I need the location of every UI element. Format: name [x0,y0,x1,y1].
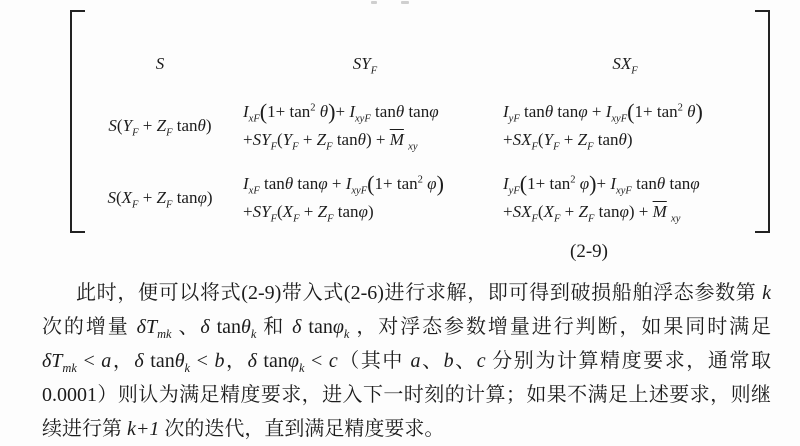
matrix-cell-r1c1: S [85,10,235,90]
equation-number: (2-9) [570,241,608,263]
math-expression: +SYF(XF + ZF tanφ) [243,198,374,226]
math-expression: +SXF(XF + ZF tanφ) + M xy [503,198,680,226]
paragraph-line: 续进行第 k+1 次的迭代，直到满足精度要求。 [42,412,771,446]
matrix-right-bracket [755,10,770,233]
matrix-cell-r1c3: SXF [495,10,755,90]
matrix-cell-r2c2: IxF(1+ tan2 θ)+ IxyF tanθ tanφ +SYF(YF +… [235,90,495,162]
math-expression: IyF(1+ tan2 φ)+ IxyF tanθ tanφ [503,170,700,198]
document-page: { "document": { "background": "#fdfdfd",… [0,0,800,446]
matrix-grid: S SYF SXF S(YF + ZF tanθ) IxF(1+ tan2 θ)… [85,10,755,233]
math-expression: S(XF + ZF tanφ) [107,184,212,212]
matrix-left-bracket [70,10,85,233]
body-paragraph: 此时，便可以将式(2-9)带入式(2-6)进行求解，即可得到破损船舶浮态参数第 … [42,276,771,446]
math-expression: IxF(1+ tan2 θ)+ IxyF tanθ tanφ [243,98,439,126]
matrix-cell-r3c2: IxF tanθ tanφ + IxyF(1+ tan2 φ) +SYF(XF … [235,162,495,233]
paragraph-line: 此时，便可以将式(2-9)带入式(2-6)进行求解，即可得到破损船舶浮态参数第 … [42,276,771,310]
matrix-cell-r3c3: IyF(1+ tan2 φ)+ IxyF tanθ tanφ +SXF(XF +… [495,162,755,233]
math-expression: S [156,50,165,78]
math-expression: +SYF(YF + ZF tanθ) + M xy [243,126,418,154]
math-expression: SXF [612,50,637,78]
matrix-cell-r2c1: S(YF + ZF tanθ) [85,90,235,162]
math-expression: IyF tanθ tanφ + IxyF(1+ tan2 θ) [503,98,703,126]
paragraph-line: 次的增量 δTmk 、δ tanθk 和 δ tanφk ，对浮态参数增量进行判… [42,310,771,344]
paragraph-line: 0.0001）则认为满足精度要求，进入下一时刻的计算；如果不满足上述要求，则继 [42,378,771,412]
math-expression: SYF [353,50,377,78]
math-expression: +SXF(YF + ZF tanθ) [503,126,633,154]
matrix-cell-r1c2: SYF [235,10,495,90]
equation-matrix: S SYF SXF S(YF + ZF tanθ) IxF(1+ tan2 θ)… [70,10,770,233]
cropped-text-artifact [371,1,377,4]
math-expression: S(YF + ZF tanθ) [108,112,211,140]
cropped-text-artifact [401,1,409,4]
matrix-cell-r2c3: IyF tanθ tanφ + IxyF(1+ tan2 θ) +SXF(YF … [495,90,755,162]
paragraph-line: δTmk < a，δ tanθk < b，δ tanφk < c（其中 a、b、… [42,344,771,378]
matrix-cell-r3c1: S(XF + ZF tanφ) [85,162,235,233]
math-expression: IxF tanθ tanφ + IxyF(1+ tan2 φ) [243,170,444,198]
